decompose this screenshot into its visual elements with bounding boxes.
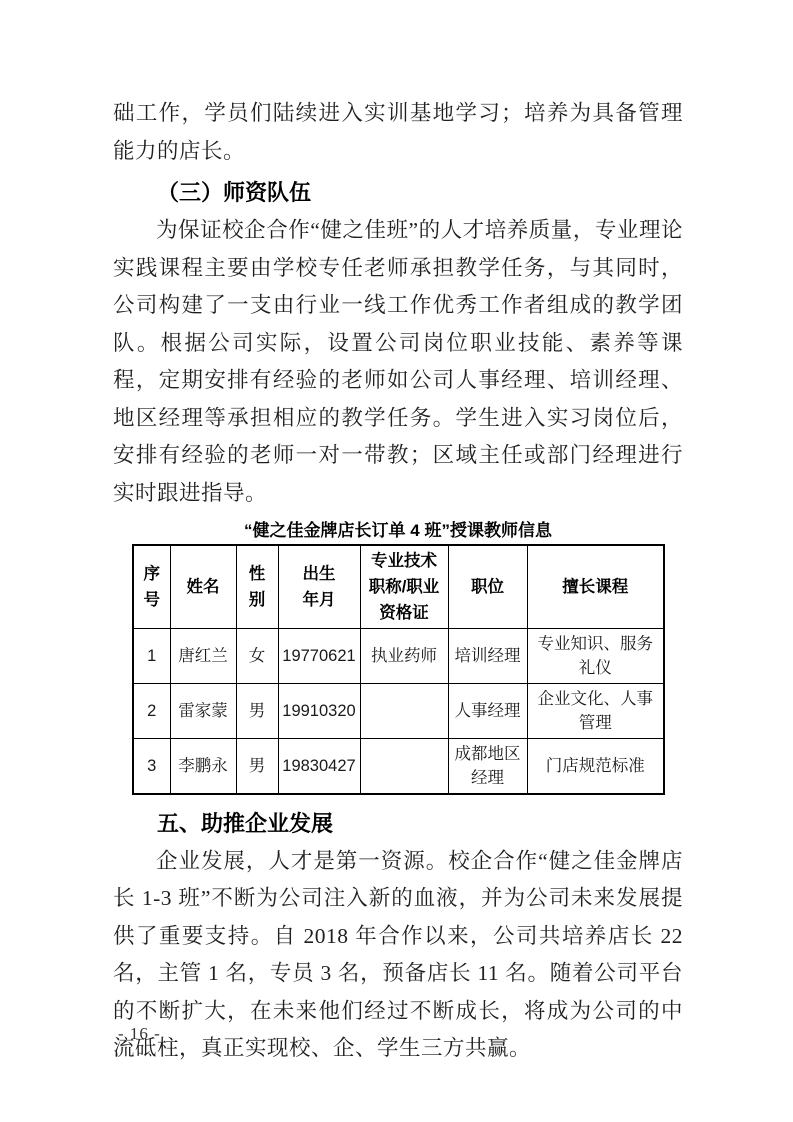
cell-name: 唐红兰 xyxy=(170,629,236,684)
cell-specialty: 专业知识、服务 礼仪 xyxy=(527,629,664,684)
column-header-position: 职位 xyxy=(448,545,527,629)
paragraph-teachers-intro: 为保证校企合作“健之佳班”的人才培养质量，专业理论实践课程主要由学校专任老师承担… xyxy=(113,212,683,512)
cell-name: 雷家蒙 xyxy=(170,684,236,739)
table-row: 1 唐红兰 女 19770621 执业药师 培训经理 专业知识、服务 礼仪 xyxy=(133,629,664,684)
column-header-birthdate: 出生 年月 xyxy=(278,545,360,629)
page-number: - 16 - xyxy=(118,1024,161,1044)
table-header-row: 序 号 姓名 性 别 出生 年月 专业技术 职称/职业 资格证 职位 擅长课程 xyxy=(133,545,664,629)
cell-index: 1 xyxy=(133,629,170,684)
cell-name: 李鹏永 xyxy=(170,739,236,794)
cell-gender: 女 xyxy=(236,629,278,684)
column-header-name: 姓名 xyxy=(170,545,236,629)
cell-birthdate: 19770621 xyxy=(278,629,360,684)
cell-position: 培训经理 xyxy=(448,629,527,684)
cell-position: 成都地区 经理 xyxy=(448,739,527,794)
cell-qualification: 执业药师 xyxy=(360,629,448,684)
column-header-specialty: 擅长课程 xyxy=(527,545,664,629)
heading-teachers-section: （三）师资队伍 xyxy=(113,174,683,212)
cell-birthdate: 19830427 xyxy=(278,739,360,794)
cell-position: 人事经理 xyxy=(448,684,527,739)
cell-qualification xyxy=(360,684,448,739)
table-row: 2 雷家蒙 男 19910320 人事经理 企业文化、人事 管理 xyxy=(133,684,664,739)
cell-index: 2 xyxy=(133,684,170,739)
heading-development-section: 五、助推企业发展 xyxy=(113,805,683,843)
column-header-qualification: 专业技术 职称/职业 资格证 xyxy=(360,545,448,629)
cell-specialty: 企业文化、人事 管理 xyxy=(527,684,664,739)
paragraph-continuation: 础工作，学员们陆续进入实训基地学习；培养为具备管理能力的店长。 xyxy=(113,95,683,170)
cell-gender: 男 xyxy=(236,684,278,739)
document-page: 础工作，学员们陆续进入实训基地学习；培养为具备管理能力的店长。 （三）师资队伍 … xyxy=(0,0,793,1122)
cell-birthdate: 19910320 xyxy=(278,684,360,739)
cell-gender: 男 xyxy=(236,739,278,794)
cell-specialty: 门店规范标准 xyxy=(527,739,664,794)
cell-qualification xyxy=(360,739,448,794)
paragraph-development: 企业发展，人才是第一资源。校企合作“健之佳金牌店长 1-3 班”不断为公司注入新… xyxy=(113,843,683,1068)
column-header-index: 序 号 xyxy=(133,545,170,629)
table-caption: “健之佳金牌店长订单 4 班”授课教师信息 xyxy=(113,520,683,542)
column-header-gender: 性 别 xyxy=(236,545,278,629)
table-row: 3 李鹏永 男 19830427 成都地区 经理 门店规范标准 xyxy=(133,739,664,794)
teachers-table: 序 号 姓名 性 别 出生 年月 专业技术 职称/职业 资格证 职位 擅长课程 … xyxy=(132,544,665,795)
document-content: 础工作，学员们陆续进入实训基地学习；培养为具备管理能力的店长。 （三）师资队伍 … xyxy=(113,95,683,1068)
cell-index: 3 xyxy=(133,739,170,794)
